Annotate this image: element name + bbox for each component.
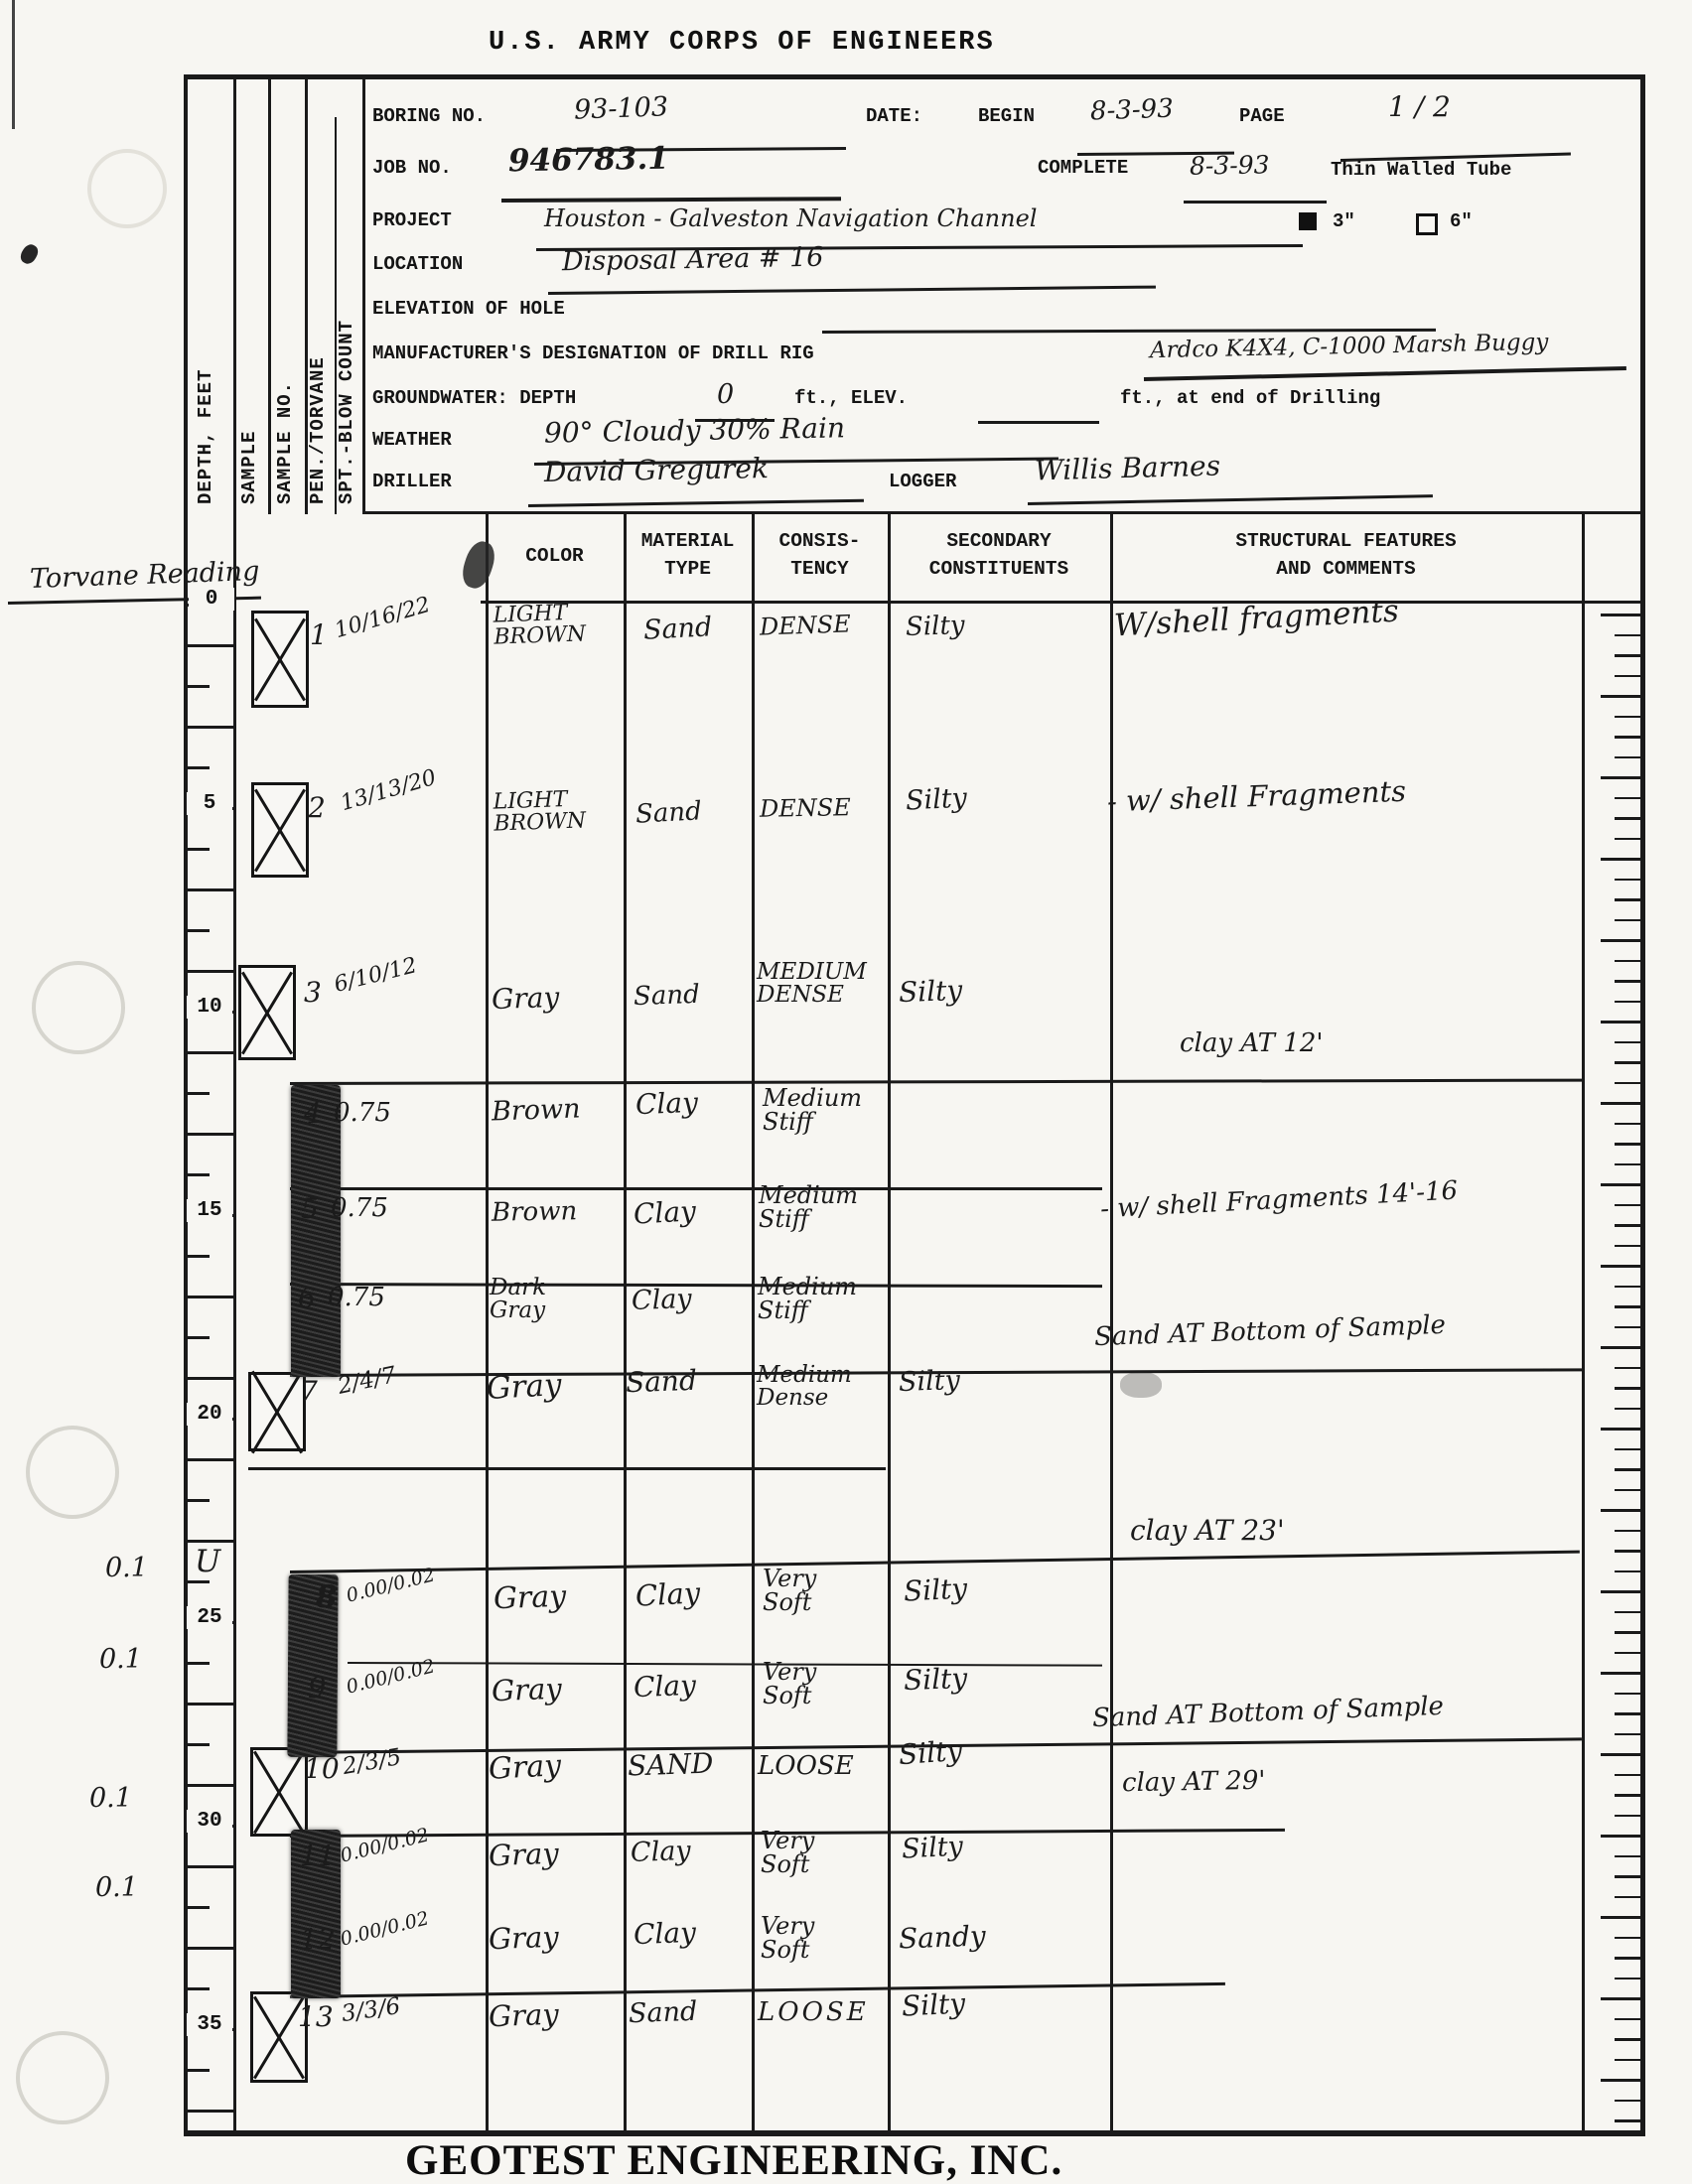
ruler-tick — [1615, 1530, 1642, 1533]
ruler-tick — [1615, 654, 1642, 657]
ruler-tick — [1615, 675, 1642, 678]
ruler-tick — [1601, 1428, 1642, 1431]
spt-sample-symbol — [250, 1747, 308, 1837]
secondary-cell: Silty — [899, 1367, 961, 1397]
groundwater-end-label: ft., at end of Drilling — [1120, 387, 1380, 409]
ruler-tick — [1601, 1509, 1642, 1512]
ruler-tick — [1601, 939, 1642, 942]
sample-no: 4 — [304, 1100, 322, 1129]
ruler-tick — [1601, 1753, 1642, 1756]
logger-label: LOGGER — [889, 471, 956, 492]
spt-blow-count-column-label: SPT.-BLOW COUNT — [336, 121, 357, 504]
groundwater-mid-label: ft., ELEV. — [794, 387, 908, 409]
blow-count: 10/16/22 — [333, 595, 433, 643]
grid-line — [290, 1551, 1580, 1573]
grid-line — [978, 421, 1099, 424]
consistency-cell: Medium Dense — [757, 1364, 852, 1411]
ruler-tick — [1615, 1061, 1642, 1064]
date-label: DATE: — [866, 105, 922, 127]
pen-value: 0.75 — [328, 1285, 385, 1311]
elevation-label: ELEVATION OF HOLE — [372, 298, 565, 320]
structural-comment: - w/ shell Fragments — [1107, 777, 1407, 817]
grid-line — [1144, 366, 1626, 381]
material-cell: SAND — [628, 1750, 714, 1782]
sample-no-column-label: SAMPLE NO. — [274, 195, 296, 504]
torvane-value: 0.1 — [105, 1555, 148, 1582]
depth-tick — [184, 1051, 233, 1054]
consistency-cell: Very Soft — [761, 1829, 814, 1877]
material-cell: Clay — [631, 1838, 692, 1867]
grid-line — [290, 1982, 1225, 1998]
tube-6in-checkbox-empty[interactable] — [1416, 213, 1438, 235]
blow-count: 2/4/7 — [336, 1364, 398, 1399]
grid-line — [752, 511, 755, 2130]
secondary-cell: Silty — [898, 1737, 963, 1770]
material-cell: Clay — [632, 1286, 693, 1315]
depth-mark-5: 5 — [187, 792, 232, 815]
ruler-tick — [1615, 1815, 1642, 1818]
depth-tick — [184, 1133, 233, 1136]
ruler-tick — [1615, 879, 1642, 882]
sample-no: 12 — [300, 1926, 336, 1955]
ruler-tick — [1615, 1794, 1642, 1797]
ruler-tick — [1601, 776, 1642, 779]
material-cell: Clay — [633, 1197, 696, 1229]
grid-line — [290, 1283, 1102, 1288]
job-no-label: JOB NO. — [372, 157, 452, 179]
page-label: PAGE — [1239, 105, 1285, 127]
ruler-tick — [1615, 1631, 1642, 1634]
ruler-tick — [1615, 1224, 1642, 1227]
ruler-tick — [1615, 736, 1642, 739]
grid-line — [184, 74, 1644, 79]
grid-line — [290, 1187, 1102, 1190]
blow-count: 3/3/6 — [341, 1995, 402, 2026]
depth-tick — [184, 1784, 233, 1787]
ruler-tick — [1601, 1590, 1642, 1593]
ruler-tick — [1615, 1550, 1642, 1553]
color-cell: Gray — [493, 1582, 566, 1615]
material-cell: Clay — [635, 1089, 699, 1120]
depth-mark-15: 15 — [187, 1199, 232, 1222]
ruler-tick — [1615, 1001, 1642, 1004]
complete-label: COMPLETE — [1038, 157, 1128, 179]
tube-6in-label: 6" — [1450, 210, 1473, 232]
structural-comment: clay AT 23' — [1130, 1517, 1285, 1546]
ruler-tick — [1601, 1916, 1642, 1919]
sample-no: 6 — [298, 1285, 316, 1313]
location-value: Disposal Area # 16 — [562, 244, 824, 276]
consistency-cell: Very Soft — [763, 1567, 816, 1615]
depth-mark-20: 20 — [187, 1403, 232, 1426]
blow-count: 6/10/12 — [333, 955, 420, 997]
ruler-tick — [1615, 2038, 1642, 2041]
driller-label: DRILLER — [372, 471, 452, 492]
color-cell: LIGHT BROWN — [493, 602, 586, 649]
grid-line — [233, 79, 236, 2130]
boring-log-page: U.S. ARMY CORPS OF ENGINEERS GEOTEST ENG… — [0, 0, 1692, 2184]
ruler-tick — [1615, 1408, 1642, 1411]
ruler-tick — [1615, 634, 1642, 637]
pen-value: 0.75 — [331, 1195, 388, 1222]
material-cell: Sand — [642, 614, 713, 644]
ruler-tick — [1615, 797, 1642, 800]
ruler-tick — [1615, 1774, 1642, 1777]
ink-smudge — [18, 242, 41, 267]
depth-tick — [184, 1703, 233, 1706]
ruler-tick — [1601, 1997, 1642, 2000]
sample-no: 10 — [304, 1755, 340, 1784]
grid-line — [290, 1079, 1582, 1085]
ruler-tick — [1615, 1712, 1642, 1715]
consistency-cell: Medium Stiff — [759, 1183, 858, 1232]
grid-line — [1184, 201, 1327, 204]
ruler-tick — [1615, 1143, 1642, 1146]
structural-comment: Sand AT Bottom of Sample — [1092, 1694, 1445, 1732]
ruler-tick — [1601, 2079, 1642, 2082]
pen-torvane-column-label: PEN./TORVANE — [307, 185, 329, 504]
blow-count: 13/13/20 — [339, 767, 439, 816]
structural-comment: clay AT 12' — [1180, 1030, 1324, 1057]
ruler-tick — [1615, 1326, 1642, 1329]
ruler-tick — [1601, 1835, 1642, 1838]
ruler-tick — [1615, 1305, 1642, 1308]
sample-no: 11 — [300, 1843, 336, 1871]
ruler-tick — [1601, 614, 1642, 616]
agency-title: U.S. ARMY CORPS OF ENGINEERS — [489, 28, 995, 58]
depth-mark-10: 10 — [187, 996, 232, 1019]
tube-3in-label: 3" — [1333, 210, 1355, 232]
depth-tick — [184, 1540, 233, 1543]
company-footer: GEOTEST ENGINEERING, INC. — [405, 2136, 1062, 2184]
depth-tick — [184, 888, 233, 891]
punch-hole-artifact — [16, 2031, 109, 2124]
ruler-tick — [1615, 1978, 1642, 1980]
secondary-cell: Silty — [901, 1989, 966, 2021]
ruler-tick — [1615, 1489, 1642, 1492]
ruler-tick — [1615, 2059, 1642, 2062]
ruler-tick — [1615, 1875, 1642, 1878]
grid-line — [1028, 494, 1433, 505]
ruler-tick — [1601, 1102, 1642, 1105]
sample-no: 13 — [298, 2003, 334, 2032]
secondary-cell: Silty — [906, 613, 965, 641]
ruler-tick — [1615, 1896, 1642, 1899]
torvane-value: 0.1 — [99, 1646, 142, 1674]
weather-label: WEATHER — [372, 429, 452, 451]
drill-rig-label: MANUFACTURER'S DESIGNATION OF DRILL RIG — [372, 342, 814, 364]
scan-edge-artifact — [12, 0, 15, 129]
ruler-tick — [1615, 1387, 1642, 1390]
grid-line — [1582, 511, 1585, 2130]
secondary-cell: Silty — [901, 1833, 963, 1863]
ruler-tick — [1615, 1123, 1642, 1126]
secondary-constituents-header: SECONDARY CONSTITUENTS — [888, 527, 1110, 584]
ruler-tick — [1615, 1286, 1642, 1289]
ruler-tick — [1615, 1693, 1642, 1696]
grid-line — [1640, 74, 1645, 2136]
color-cell: Gray — [492, 1675, 563, 1706]
color-cell: Gray — [489, 2000, 560, 2032]
ruler-tick — [1615, 1448, 1642, 1451]
ruler-tick — [1601, 1183, 1642, 1186]
grid-line — [528, 499, 864, 507]
logger-value: Willis Barnes — [1035, 453, 1221, 485]
ruler-tick — [1601, 1672, 1642, 1675]
consistency-cell: LOOSE — [758, 1753, 854, 1780]
secondary-cell: Silty — [903, 1574, 968, 1606]
boring-no-value: 93-103 — [574, 93, 669, 124]
ruler-tick — [1615, 1204, 1642, 1207]
grid-line — [348, 1662, 1102, 1667]
depth-mark-0: 0 — [189, 588, 234, 611]
drill-rig-value: Ardco K4X4, C-1000 Marsh Buggy — [1150, 332, 1549, 363]
ruler-tick — [1615, 1611, 1642, 1614]
structural-comment: clay AT 29' — [1122, 1768, 1266, 1797]
begin-label: BEGIN — [978, 105, 1035, 127]
ruler-tick — [1615, 919, 1642, 922]
material-cell: Sand — [634, 798, 702, 828]
color-cell: Gray — [488, 1751, 562, 1785]
depth-mark-30: 30 — [187, 1810, 232, 1833]
ruler-tick — [1615, 1937, 1642, 1940]
torvane-value: 0.1 — [89, 1785, 132, 1813]
ruler-tick — [1615, 1367, 1642, 1370]
consistency-cell: Very Soft — [763, 1660, 816, 1708]
location-label: LOCATION — [372, 253, 463, 275]
ruler-tick — [1615, 1855, 1642, 1858]
consistency-cell: DENSE — [760, 612, 852, 639]
material-cell: Clay — [634, 1578, 701, 1611]
thin-walled-tube-label: Thin Walled Tube — [1331, 159, 1511, 181]
torvane-u-mark: U — [195, 1547, 220, 1578]
depth-tick — [184, 2110, 233, 2113]
color-cell: LIGHT BROWN — [493, 788, 586, 836]
ruler-tick — [1615, 980, 1642, 983]
grid-line — [548, 286, 1156, 295]
structural-comment: - w/ shell Fragments 14'-16 — [1100, 1178, 1459, 1223]
material-cell: Sand — [626, 1367, 698, 1398]
pen-value: 0.75 — [334, 1100, 391, 1127]
ruler-tick — [1615, 898, 1642, 901]
ruler-tick — [1615, 2100, 1642, 2103]
color-cell: Gray — [489, 1840, 560, 1871]
torvane-pen-value: 0.00/0.02 — [339, 1826, 431, 1866]
material-cell: Sand — [634, 982, 701, 1011]
pencil-smudge — [1120, 1372, 1162, 1398]
ruler-tick — [1601, 858, 1642, 861]
ruler-tick — [1615, 1082, 1642, 1085]
depth-mark-25: 25 — [187, 1606, 232, 1629]
ruler-tick — [1601, 1021, 1642, 1024]
ruler-tick — [1615, 2119, 1642, 2122]
consistency-cell: MEDIUM DENSE — [757, 961, 867, 1008]
ruler-tick — [1615, 756, 1642, 759]
page-value: 1 / 2 — [1388, 93, 1451, 122]
spt-sample-symbol — [248, 1372, 306, 1451]
ruler-tick — [1601, 1265, 1642, 1268]
grid-line — [362, 511, 1643, 514]
punch-hole-artifact — [32, 961, 125, 1054]
consistency-header: CONSIS- TENCY — [752, 527, 888, 584]
grid-line — [501, 197, 841, 203]
material-cell: Sand — [629, 1998, 698, 2028]
grid-line — [362, 79, 365, 514]
sample-no: 9 — [308, 1674, 326, 1704]
secondary-cell: Silty — [905, 784, 967, 815]
material-type-header: MATERIAL TYPE — [624, 527, 752, 584]
secondary-cell: Silty — [899, 977, 963, 1008]
begin-date-value: 8-3-93 — [1090, 96, 1175, 125]
depth-tick — [184, 644, 233, 647]
consistency-cell: Very Soft — [761, 1914, 814, 1963]
sample-no: 5 — [301, 1195, 319, 1224]
punch-hole-artifact — [87, 149, 167, 228]
project-label: PROJECT — [372, 209, 452, 231]
spt-sample-symbol — [251, 611, 309, 708]
color-cell: Brown — [492, 1198, 578, 1226]
grid-line — [481, 601, 1644, 604]
depth-tick — [184, 1865, 233, 1868]
material-cell: Clay — [634, 1672, 697, 1703]
torvane-value: 0.1 — [95, 1874, 138, 1902]
ruler-tick — [1615, 1733, 1642, 1736]
driller-value: David Gregurek — [544, 455, 769, 486]
ruler-tick — [1615, 1041, 1642, 1044]
depth-tick — [184, 1296, 233, 1298]
consistency-cell: LOOSE — [758, 1999, 869, 2026]
consistency-cell: Medium Stiff — [763, 1086, 862, 1135]
consistency-cell: DENSE — [760, 795, 851, 821]
depth-tick — [184, 970, 233, 973]
grid-line — [248, 1467, 886, 1470]
ruler-tick — [1615, 1163, 1642, 1166]
secondary-cell: Sandy — [899, 1922, 987, 1954]
ruler-tick — [1615, 2018, 1642, 2021]
depth-mark-35: 35 — [187, 2013, 232, 2036]
sample-no: 8 — [316, 1582, 338, 1614]
complete-date-value: 8-3-93 — [1190, 152, 1270, 179]
ruler-tick — [1615, 1652, 1642, 1655]
spt-sample-symbol — [238, 965, 296, 1060]
project-value: Houston - Galveston Navigation Channel — [544, 206, 1037, 230]
tube-3in-checkbox-filled[interactable] — [1299, 212, 1317, 230]
sample-no: 7 — [300, 1378, 318, 1407]
ruler-tick — [1601, 1346, 1642, 1349]
ruler-tick — [1615, 716, 1642, 719]
color-cell: Gray — [489, 1923, 560, 1955]
structural-features-header: STRUCTURAL FEATURES AND COMMENTS — [1110, 527, 1582, 584]
ruler-tick — [1601, 695, 1642, 698]
sample-no: 2 — [308, 794, 326, 823]
ruler-tick — [1615, 960, 1642, 963]
boring-no-label: BORING NO. — [372, 105, 486, 127]
structural-comment: Sand AT Bottom of Sample — [1094, 1312, 1447, 1351]
color-cell: Brown — [492, 1095, 581, 1126]
depth-tick — [184, 1947, 233, 1950]
depth-tick — [184, 1458, 233, 1461]
punch-hole-artifact — [26, 1426, 119, 1519]
color-header: COLOR — [486, 542, 624, 570]
color-cell: Gray — [486, 1370, 562, 1406]
grid-line — [888, 511, 891, 2130]
material-cell: Clay — [634, 1919, 697, 1950]
ruler-tick — [1615, 1468, 1642, 1471]
job-no-value: 946783.1 — [508, 144, 669, 178]
grid-line — [486, 511, 489, 2130]
sample-no: 1 — [310, 621, 328, 650]
ruler-tick — [1615, 1245, 1642, 1248]
consistency-cell: Medium Stiff — [758, 1275, 857, 1323]
spt-sample-symbol — [251, 782, 309, 878]
depth-feet-column-label: DEPTH, FEET — [195, 179, 216, 504]
groundwater-depth-value: 0 — [717, 381, 734, 409]
grid-line — [624, 511, 627, 2130]
ruler-tick — [1615, 1957, 1642, 1960]
depth-tick — [184, 1377, 233, 1380]
ruler-tick — [1615, 817, 1642, 820]
ruler-tick — [1615, 838, 1642, 841]
torvane-pen-value: 0.00/0.02 — [339, 1909, 431, 1950]
ruler-tick — [1615, 1570, 1642, 1573]
sample-no: 3 — [304, 979, 322, 1008]
grid-line — [268, 79, 271, 514]
secondary-cell: Silty — [904, 1665, 968, 1696]
color-cell: Gray — [492, 984, 560, 1015]
sample-column-label: SAMPLE — [238, 248, 260, 504]
groundwater-label: GROUNDWATER: DEPTH — [372, 387, 576, 409]
color-cell: Dark Gray — [490, 1277, 546, 1323]
weather-value: 90° Cloudy 30% Rain — [544, 414, 845, 448]
depth-tick — [184, 726, 233, 729]
